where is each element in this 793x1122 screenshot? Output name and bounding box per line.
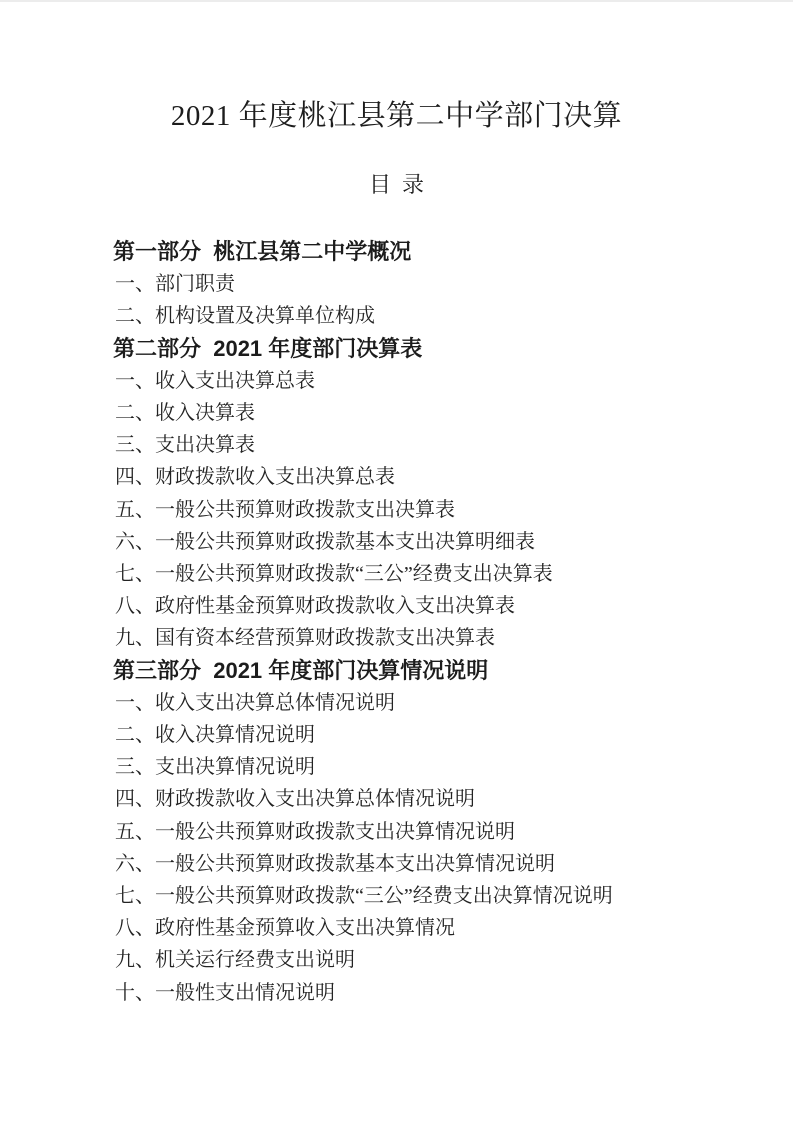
toc-title: 目 录 <box>0 171 793 198</box>
toc-entry: 三、支出决算情况说明 <box>113 751 733 783</box>
toc-entry: 四、财政拨款收入支出决算总表 <box>113 461 733 493</box>
toc-entry: 八、政府性基金预算财政拨款收入支出决算表 <box>113 590 733 622</box>
toc-entry: 二、收入决算情况说明 <box>113 719 733 751</box>
toc-entry: 三、支出决算表 <box>113 429 733 461</box>
toc-entry: 八、政府性基金预算收入支出决算情况 <box>113 912 733 944</box>
toc-section-2-heading: 第二部分 2021 年度部门决算表 <box>113 333 733 365</box>
toc-entry: 一、收入支出决算总体情况说明 <box>113 687 733 719</box>
document-title: 2021 年度桃江县第二中学部门决算 <box>0 98 793 134</box>
document-page: 2021 年度桃江县第二中学部门决算 目 录 第一部分 桃江县第二中学概况 一、… <box>0 0 793 1122</box>
toc-entry: 一、收入支出决算总表 <box>113 365 733 397</box>
toc-entry: 七、一般公共预算财政拨款“三公”经费支出决算情况说明 <box>113 880 733 912</box>
toc-section-1-heading: 第一部分 桃江县第二中学概况 <box>113 236 733 268</box>
toc-entry: 九、国有资本经营预算财政拨款支出决算表 <box>113 622 733 654</box>
toc-entry: 六、一般公共预算财政拨款基本支出决算情况说明 <box>113 848 733 880</box>
toc-entry: 十、一般性支出情况说明 <box>113 977 733 1009</box>
toc-entry: 五、一般公共预算财政拨款支出决算情况说明 <box>113 816 733 848</box>
toc-entry: 五、一般公共预算财政拨款支出决算表 <box>113 494 733 526</box>
toc-entry: 二、收入决算表 <box>113 397 733 429</box>
toc-entry: 七、一般公共预算财政拨款“三公”经费支出决算表 <box>113 558 733 590</box>
toc-entry: 二、机构设置及决算单位构成 <box>113 300 733 332</box>
toc-section-3-heading: 第三部分 2021 年度部门决算情况说明 <box>113 655 733 687</box>
table-of-contents: 第一部分 桃江县第二中学概况 一、部门职责 二、机构设置及决算单位构成 第二部分… <box>113 236 733 1009</box>
toc-entry: 一、部门职责 <box>113 268 733 300</box>
toc-entry: 四、财政拨款收入支出决算总体情况说明 <box>113 783 733 815</box>
toc-entry: 九、机关运行经费支出说明 <box>113 944 733 976</box>
toc-entry: 六、一般公共预算财政拨款基本支出决算明细表 <box>113 526 733 558</box>
